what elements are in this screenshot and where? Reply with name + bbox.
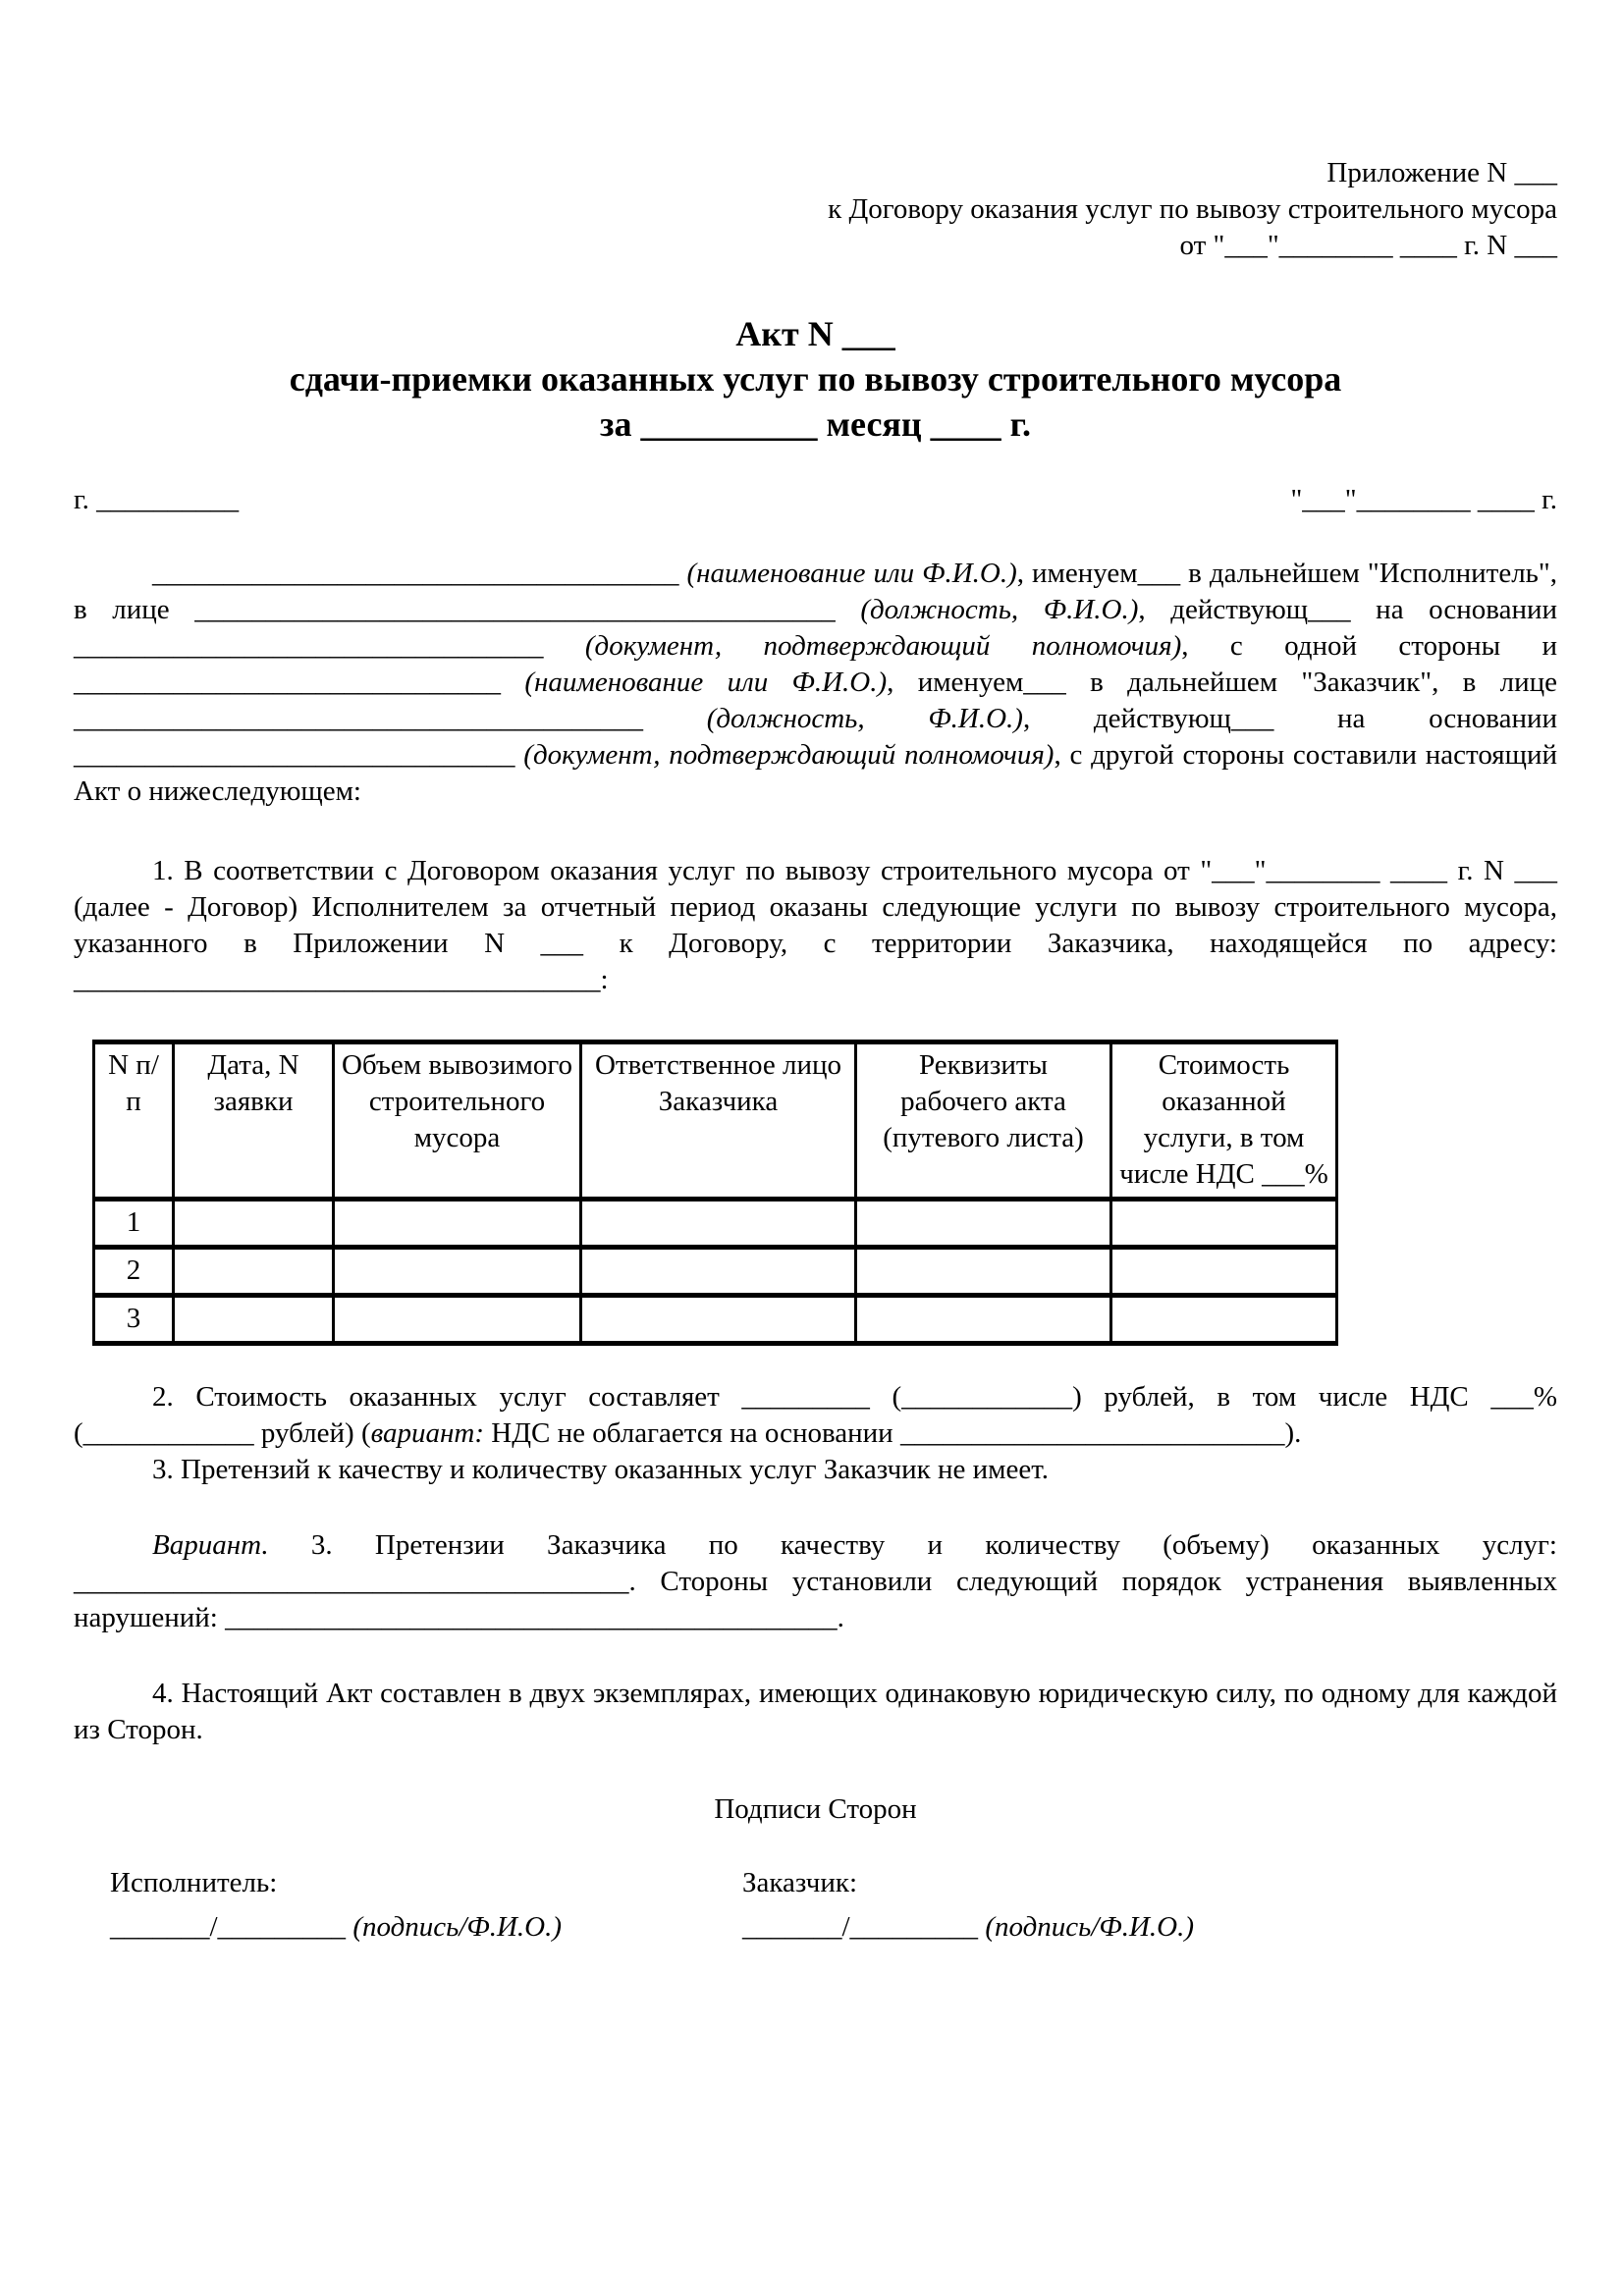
table-cell [856,1296,1111,1344]
table-body: 1 2 3 [94,1200,1337,1344]
table-cell [1111,1248,1337,1296]
signatures-heading: Подписи Сторон [74,1791,1557,1828]
header-waste-volume: Объем вывозимого строительного мусора [334,1042,581,1200]
appendix-number: Приложение N ___ [74,155,1557,191]
table-row: 1 [94,1200,1337,1248]
table-cell [856,1248,1111,1296]
header-row-number: N п/п [94,1042,174,1200]
signatures-row: Исполнитель: _______/_________ (подпись/… [74,1865,1557,1946]
appendix-block: Приложение N ___ к Договору оказания усл… [74,155,1557,264]
city-blank: г. __________ [74,482,239,518]
place-date-row: г. __________ "___"________ ____ г. [74,482,1557,518]
signature-blank: _______/_________ [110,1911,352,1943]
table-cell [1111,1296,1337,1344]
executor-label: Исполнитель: [110,1865,742,1901]
table-cell [1111,1200,1337,1248]
table-row: 2 [94,1248,1337,1296]
title-subject: сдачи-приемки оказанных услуг по вывозу … [74,356,1557,401]
signature-hint: (подпись/Ф.И.О.) [352,1911,562,1943]
table-cell [174,1248,334,1296]
table-cell [334,1200,581,1248]
paragraph-2: 2. Стоимость оказанных услуг составляет … [74,1379,1557,1452]
signature-blank: _______/_________ [742,1911,985,1943]
table-cell [856,1200,1111,1248]
table-header: N п/п Дата, N заявки Объем вывозимого ст… [94,1042,1337,1200]
intro-paragraph: _____________________________________ (н… [74,556,1557,810]
title-period: за __________ месяц ____ г. [74,401,1557,447]
row-number-cell: 3 [94,1296,174,1344]
customer-signature-block: Заказчик: _______/_________ (подпись/Ф.И… [742,1865,1430,1946]
header-request-date: Дата, N заявки [174,1042,334,1200]
row-number-cell: 1 [94,1200,174,1248]
variant-paragraph: Вариант. 3. Претензии Заказчика по качес… [74,1527,1557,1636]
executor-signature-block: Исполнитель: _______/_________ (подпись/… [110,1865,742,1946]
table-cell [174,1296,334,1344]
table-cell [334,1248,581,1296]
table-cell [581,1200,856,1248]
appendix-contract-ref: к Договору оказания услуг по вывозу стро… [74,191,1557,228]
header-service-cost: Стоимость оказанной услуги, в том числе … [1111,1042,1337,1200]
header-responsible-person: Ответственное лицо Заказчика [581,1042,856,1200]
table-cell [334,1296,581,1344]
date-blank: "___"________ ____ г. [1290,482,1557,518]
table-row: 3 [94,1296,1337,1344]
appendix-date-number: от "___"________ ____ г. N ___ [74,228,1557,264]
paragraph-1: 1. В соответствии с Договором оказания у… [74,853,1557,998]
row-number-cell: 2 [94,1248,174,1296]
document-title: Акт N ___ сдачи-приемки оказанных услуг … [74,311,1557,447]
table-cell [581,1296,856,1344]
customer-label: Заказчик: [742,1865,1430,1901]
paragraph-3: 3. Претензий к качеству и количеству ока… [74,1452,1557,1488]
table-header-row: N п/п Дата, N заявки Объем вывозимого ст… [94,1042,1337,1200]
table-cell [581,1248,856,1296]
header-act-details: Реквизиты рабочего акта (путевого листа) [856,1042,1111,1200]
paragraph-4: 4. Настоящий Акт составлен в двух экземп… [74,1676,1557,1748]
executor-signature-line: _______/_________ (подпись/Ф.И.О.) [110,1909,742,1946]
title-act-number: Акт N ___ [74,311,1557,356]
table-cell [174,1200,334,1248]
customer-signature-line: _______/_________ (подпись/Ф.И.О.) [742,1909,1430,1946]
services-table: N п/п Дата, N заявки Объем вывозимого ст… [92,1040,1338,1346]
document-page: Приложение N ___ к Договору оказания усл… [0,0,1623,2296]
signature-hint: (подпись/Ф.И.О.) [985,1911,1194,1943]
